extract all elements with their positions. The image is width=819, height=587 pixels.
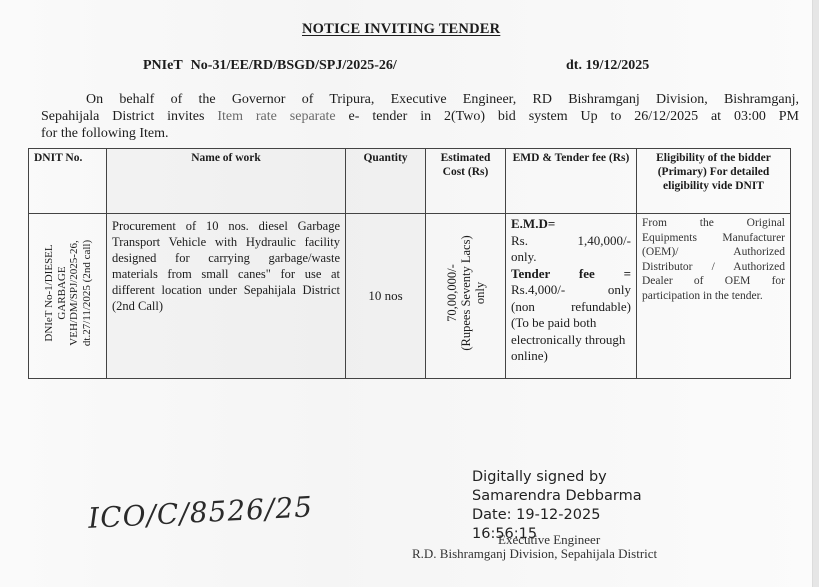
cell-quantity: 10 nos bbox=[346, 214, 426, 379]
document-title: NOTICE INVITING TENDER bbox=[302, 21, 500, 38]
table-row: DNIeT No-1/DIESEL GARBAGE VEH/DM/SPJ/202… bbox=[29, 214, 791, 379]
dnit-line-2: GARBAGE bbox=[55, 240, 68, 346]
intro-line-2-start: Sepahijala District invites bbox=[41, 109, 204, 124]
estimated-cost-amount: 70,00,000/- bbox=[445, 235, 459, 350]
tender-fee-label: Tender fee = bbox=[511, 266, 631, 283]
header-name-of-work: Name of work bbox=[107, 149, 346, 214]
dnit-no-rotated: DNIeT No-1/DIESEL GARBAGE VEH/DM/SPJ/202… bbox=[43, 240, 93, 346]
intro-line-3: for the following Item. bbox=[41, 126, 169, 141]
digital-signature-date: Date: 19-12-2025 bbox=[472, 506, 642, 525]
eligibility-rest: Equipments Manufacturer (OEM)/ Authorize… bbox=[642, 232, 785, 302]
cell-name-of-work: Procurement of 10 nos. diesel Garbage Tr… bbox=[107, 214, 346, 379]
tender-fee-note: (non refundable) bbox=[511, 299, 631, 316]
emd-label: E.M.D= bbox=[511, 216, 631, 233]
header-quantity: Quantity bbox=[346, 149, 426, 214]
tender-table: DNIT No. Name of work Quantity Estimated… bbox=[28, 148, 791, 379]
cell-eligibility: From the Original Equipments Manufacture… bbox=[637, 214, 791, 379]
table-header-row: DNIT No. Name of work Quantity Estimated… bbox=[29, 149, 791, 214]
intro-line-2-end: e- tender in 2(Two) bid system Up to 26/… bbox=[349, 109, 799, 124]
cell-dnit-no: DNIeT No-1/DIESEL GARBAGE VEH/DM/SPJ/202… bbox=[29, 214, 107, 379]
header-estimated-cost: Estimated Cost (Rs) bbox=[426, 149, 506, 214]
digital-signature-name: Samarendra Debbarma bbox=[472, 487, 642, 506]
estimated-cost-words: (Rupees Seventy Lacs) bbox=[459, 235, 473, 350]
emd-rs: Rs. bbox=[511, 233, 528, 248]
intro-line-2: Sepahijala District invites Item rate se… bbox=[41, 108, 799, 125]
reference-number: PNIeTNo-31/EE/RD/BSGD/SPJ/2025-26/ bbox=[143, 58, 397, 74]
tender-fee-amount: Rs.4,000/- bbox=[511, 282, 565, 297]
handwritten-reference: ICO/C/8526/25 bbox=[87, 490, 313, 535]
digital-signature-line-1: Digitally signed by bbox=[472, 468, 642, 487]
estimated-cost-only: only bbox=[473, 235, 487, 350]
reference-value: No-31/EE/RD/BSGD/SPJ/2025-26/ bbox=[191, 58, 397, 73]
page-edge bbox=[812, 0, 819, 587]
dnit-line-3: VEH/DM/SPJ/2025-26, bbox=[68, 240, 81, 346]
cell-estimated-cost: 70,00,000/- (Rupees Seventy Lacs) only bbox=[426, 214, 506, 379]
signatory-office: R.D. Bishramganj Division, Sepahijala Di… bbox=[412, 546, 657, 562]
cell-emd-tender-fee: E.M.D= Rs. 1,40,000/- only. Tender fee =… bbox=[506, 214, 637, 379]
tender-fee-only: only bbox=[608, 282, 631, 297]
tender-fee-line: Rs.4,000/- only bbox=[511, 282, 631, 299]
dnit-line-1: DNIeT No-1/DIESEL bbox=[43, 240, 56, 346]
header-dnit-no: DNIT No. bbox=[29, 149, 107, 214]
header-eligibility: Eligibility of the bidder (Primary) For … bbox=[637, 149, 791, 214]
emd-amount-line: Rs. 1,40,000/- bbox=[511, 233, 631, 250]
intro-line-1: On behalf of the Governor of Tripura, Ex… bbox=[41, 91, 799, 108]
reference-label: PNIeT bbox=[143, 58, 183, 73]
emd-only: only. bbox=[511, 249, 631, 266]
header-emd-tender-fee: EMD & Tender fee (Rs) bbox=[506, 149, 637, 214]
payment-note: (To be paid both electronically through … bbox=[511, 315, 631, 365]
estimated-cost-rotated: 70,00,000/- (Rupees Seventy Lacs) only bbox=[445, 235, 487, 350]
document-page: NOTICE INVITING TENDER PNIeTNo-31/EE/RD/… bbox=[0, 0, 813, 587]
notice-date: dt. 19/12/2025 bbox=[566, 58, 649, 74]
dnit-line-4: dt.27/11/2025 (2nd call) bbox=[80, 240, 93, 346]
emd-amount: 1,40,000/- bbox=[578, 233, 631, 248]
intro-line-2-muted: Item rate separate bbox=[217, 109, 335, 124]
intro-paragraph: On behalf of the Governor of Tripura, Ex… bbox=[41, 91, 799, 142]
eligibility-line-1: From the Original bbox=[642, 216, 785, 231]
